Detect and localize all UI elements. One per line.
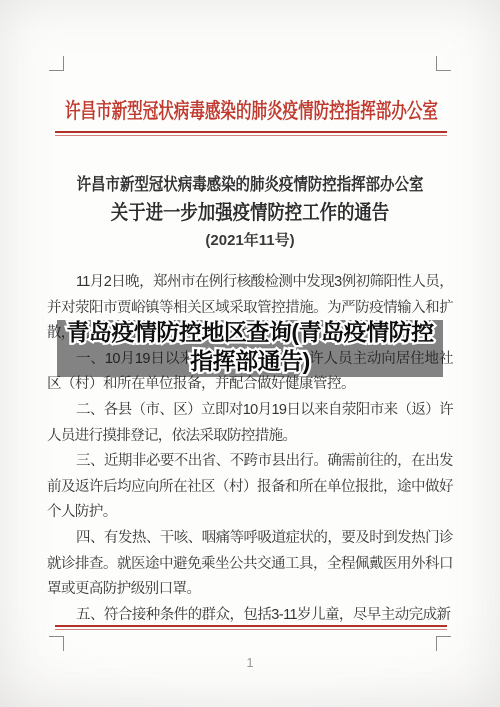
divider-thick-line bbox=[55, 625, 447, 627]
divider-thin-line bbox=[55, 135, 447, 136]
overlay-title-line2: 指挥部通告) 指挥部通告) bbox=[0, 347, 500, 376]
body-paragraph: 三、近期非必要不出省、不跨市县出行。确需前往的，在出发前及返许后均应向所在社区（… bbox=[47, 449, 453, 526]
footer-divider bbox=[55, 625, 447, 630]
corner-crop-mark-bottom-left bbox=[49, 636, 64, 651]
body-paragraph: 二、各县（市、区）立即对10月19日以来自荥阳市来（返）许人员进行摸排登记，依法… bbox=[47, 398, 453, 449]
page-number: 1 bbox=[0, 655, 500, 670]
divider-thin-line bbox=[55, 629, 447, 630]
overlay-title-line1-text: 青岛疫情防控地区查询(青岛疫情防控 bbox=[66, 319, 433, 345]
corner-crop-mark-top-left bbox=[49, 56, 64, 71]
doc-title-line1: 许昌市新型冠状病毒感染的肺炎疫情防控指挥部办公室 bbox=[38, 170, 463, 195]
letterhead-org-title: 许昌市新型冠状病毒感染的肺炎疫情防控指挥部办公室 bbox=[65, 95, 435, 125]
corner-crop-mark-bottom-right bbox=[436, 636, 451, 651]
overlay-article-title: 青岛疫情防控地区查询(青岛疫情防控 青岛疫情防控地区查询(青岛疫情防控 指挥部通… bbox=[0, 318, 500, 376]
overlay-title-line1: 青岛疫情防控地区查询(青岛疫情防控 青岛疫情防控地区查询(青岛疫情防控 bbox=[0, 318, 500, 347]
overlay-title-line2-text: 指挥部通告) bbox=[190, 348, 310, 374]
doc-number: (2021年11号) bbox=[0, 229, 500, 250]
divider-thick-line bbox=[55, 131, 447, 133]
corner-crop-mark-top-right bbox=[436, 56, 451, 71]
letterhead-divider bbox=[55, 131, 447, 136]
body-paragraph: 四、有发热、干咳、咽痛等呼吸道症状的，要及时到发热门诊就诊排查。就医途中避免乘坐… bbox=[47, 526, 453, 603]
doc-title-line2: 关于进一步加强疫情防控工作的通告 bbox=[33, 196, 468, 225]
document-photo: 许昌市新型冠状病毒感染的肺炎疫情防控指挥部办公室 许昌市新型冠状病毒感染的肺炎疫… bbox=[0, 0, 500, 707]
